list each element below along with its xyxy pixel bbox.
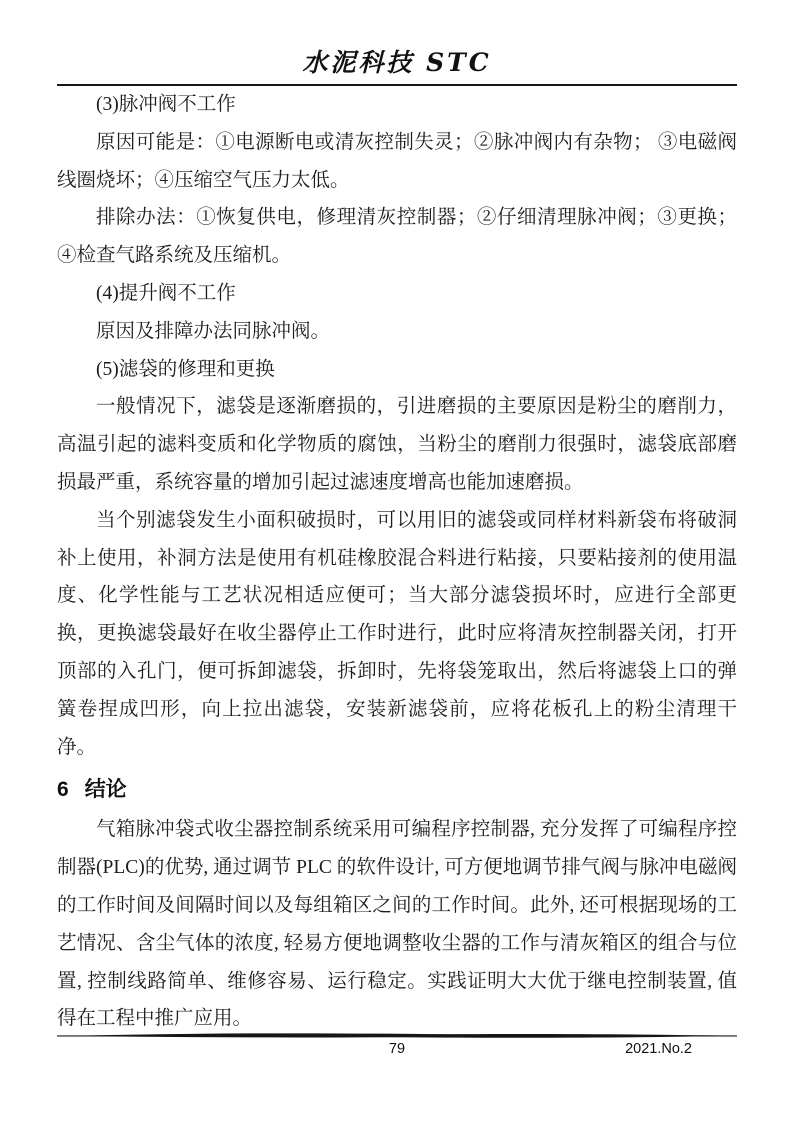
issue-label: 2021.No.2 (625, 1041, 692, 1057)
page-content: 水泥科技 STC (3)脉冲阀不工作 原因可能是：①电源断电或清灰控制失灵；②脉… (57, 0, 737, 1038)
paragraph-conclusion: 气箱脉冲袋式收尘器控制系统采用可编程序控制器, 充分发挥了可编程序控制器(PLC… (57, 811, 737, 1038)
paragraph-pulse-valve-heading: (3)脉冲阀不工作 (57, 86, 737, 124)
journal-page: 水泥科技 STC (3)脉冲阀不工作 原因可能是：①电源断电或清灰控制失灵；②脉… (0, 0, 793, 1122)
section-number: 6 (57, 778, 69, 801)
section-heading-conclusion: 6结论 (57, 769, 737, 810)
page-footer: 79 2021.No.2 (57, 1031, 737, 1061)
paragraph-filter-bag-repair: 当个别滤袋发生小面积破损时，可以用旧的滤袋或同样材料新袋布将破洞补上使用，补洞方… (57, 502, 737, 767)
paragraph-filter-bag-wear: 一般情况下，滤袋是逐渐磨损的，引进磨损的主要原因是粉尘的磨削力，高温引起的滤料变… (57, 388, 737, 501)
journal-title: 水泥科技 STC (57, 0, 737, 78)
paragraph-filter-bag-heading: (5)滤袋的修理和更换 (57, 351, 737, 389)
footer-row: 79 2021.No.2 (57, 1041, 737, 1061)
article-body: (3)脉冲阀不工作 原因可能是：①电源断电或清灰控制失灵；②脉冲阀内有杂物； ③… (57, 86, 737, 1038)
paragraph-lift-valve-heading: (4)提升阀不工作 (57, 275, 737, 313)
paragraph-lift-valve-note: 原因及排障办法同脉冲阀。 (57, 313, 737, 351)
section-title: 结论 (85, 778, 127, 801)
paragraph-pulse-valve-remedies: 排除办法：①恢复供电，修理清灰控制器；②仔细清理脉冲阀；③更换；④检查气路系统及… (57, 199, 737, 275)
footer-ornament-line (57, 1031, 737, 1041)
paragraph-pulse-valve-causes: 原因可能是：①电源断电或清灰控制失灵；②脉冲阀内有杂物； ③电磁阀线圈烧坏；④压… (57, 124, 737, 200)
